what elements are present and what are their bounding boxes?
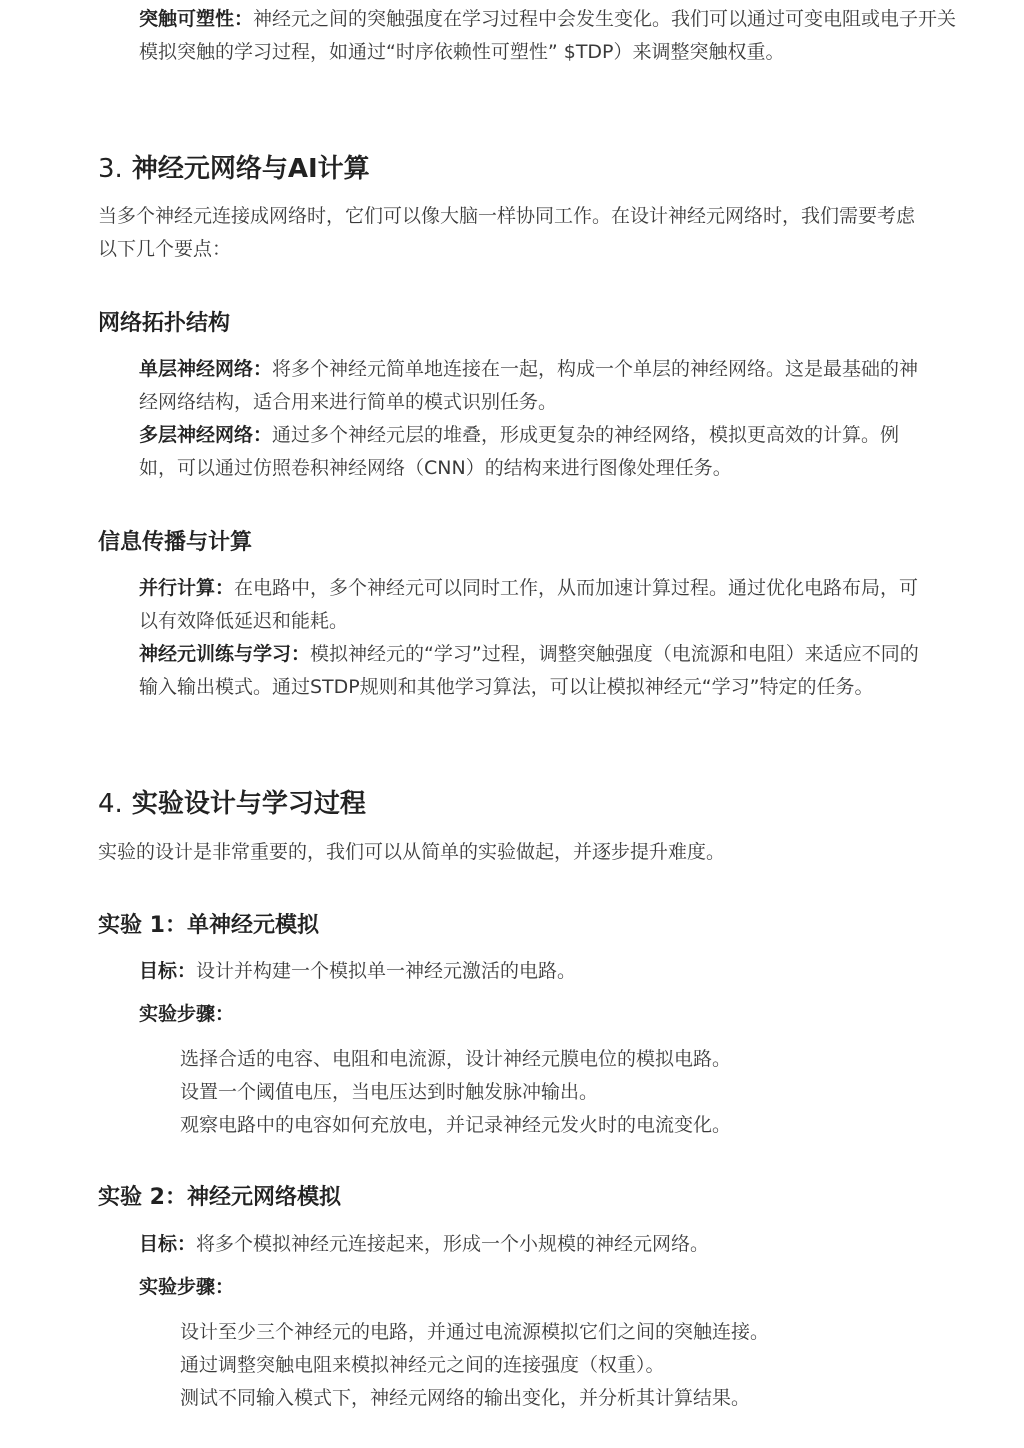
goal-text: 设计并构建一个模拟单一神经元激活的电路。 bbox=[196, 960, 576, 982]
item-label: 单层神经网络 bbox=[139, 358, 253, 380]
list-item-training-learning: 神经元训练与学习：模拟神经元的“学习”过程，调整突触强度（电流源和电阻）来适应不… bbox=[98, 638, 928, 704]
section-4-heading: 4. 实验设计与学习过程 bbox=[98, 786, 928, 822]
goal-separator: ： bbox=[177, 1233, 196, 1255]
list-item-single-layer: 单层神经网络：将多个神经元简单地连接在一起，构成一个单层的神经网络。这是最基础的… bbox=[98, 353, 928, 419]
list-item-parallel-computing: 并行计算：在电路中，多个神经元可以同时工作，从而加速计算过程。通过优化电路布局，… bbox=[98, 572, 928, 638]
section-number: 3. bbox=[98, 154, 123, 184]
step-item: 设置一个阈值电压，当电压达到时触发脉冲输出。 bbox=[98, 1076, 928, 1109]
steps-label: 实验步骤： bbox=[139, 1003, 234, 1025]
steps-label: 实验步骤： bbox=[139, 1276, 234, 1298]
subheading-info-propagation: 信息传播与计算 bbox=[98, 527, 928, 559]
item-separator: ： bbox=[234, 8, 253, 30]
section-title: 神经元网络与AI计算 bbox=[132, 154, 370, 184]
item-separator: ： bbox=[215, 577, 234, 599]
item-label: 突触可塑性 bbox=[139, 8, 234, 30]
section-3-intro: 当多个神经元连接成网络时，它们可以像大脑一样协同工作。在设计神经元网络时，我们需… bbox=[98, 200, 928, 266]
list-item-multi-layer: 多层神经网络：通过多个神经元层的堆叠，形成更复杂的神经网络，模拟更高效的计算。例… bbox=[98, 419, 928, 485]
item-separator: ： bbox=[253, 358, 272, 380]
experiment-1-goal: 目标：设计并构建一个模拟单一神经元激活的电路。 bbox=[98, 955, 969, 988]
subheading-network-topology: 网络拓扑结构 bbox=[98, 308, 928, 340]
section-4-intro: 实验的设计是非常重要的，我们可以从简单的实验做起，并逐步提升难度。 bbox=[98, 836, 928, 869]
section-number: 4. bbox=[98, 789, 123, 819]
experiment-2-steps-list: 设计至少三个神经元的电路，并通过电流源模拟它们之间的突触连接。 通过调整突触电阻… bbox=[98, 1316, 928, 1415]
topology-list: 单层神经网络：将多个神经元简单地连接在一起，构成一个单层的神经网络。这是最基础的… bbox=[98, 353, 928, 485]
section-3-heading: 3. 神经元网络与AI计算 bbox=[98, 151, 928, 187]
step-item: 观察电路中的电容如何充放电，并记录神经元发火时的电流变化。 bbox=[98, 1109, 928, 1142]
subheading-experiment-2: 实验 2：神经元网络模拟 bbox=[98, 1182, 928, 1214]
goal-separator: ： bbox=[177, 960, 196, 982]
goal-text: 将多个模拟神经元连接起来，形成一个小规模的神经元网络。 bbox=[196, 1233, 709, 1255]
section-title: 实验设计与学习过程 bbox=[132, 789, 366, 819]
item-text: 在电路中，多个神经元可以同时工作，从而加速计算过程。通过优化电路布局，可以有效降… bbox=[139, 577, 918, 632]
step-item: 设计至少三个神经元的电路，并通过电流源模拟它们之间的突触连接。 bbox=[98, 1316, 928, 1349]
item-label: 神经元训练与学习 bbox=[139, 643, 291, 665]
item-separator: ： bbox=[291, 643, 310, 665]
subheading-experiment-1: 实验 1：单神经元模拟 bbox=[98, 910, 928, 942]
step-item: 通过调整突触电阻来模拟神经元之间的连接强度（权重）。 bbox=[98, 1349, 928, 1382]
experiment-1-steps-list: 选择合适的电容、电阻和电流源，设计神经元膜电位的模拟电路。 设置一个阈值电压，当… bbox=[98, 1043, 928, 1142]
experiment-2-steps-label: 实验步骤： bbox=[98, 1271, 969, 1304]
step-item: 测试不同输入模式下，神经元网络的输出变化，并分析其计算结果。 bbox=[98, 1382, 928, 1415]
step-item: 选择合适的电容、电阻和电流源，设计神经元膜电位的模拟电路。 bbox=[98, 1043, 928, 1076]
experiment-2-goal: 目标：将多个模拟神经元连接起来，形成一个小规模的神经元网络。 bbox=[98, 1228, 969, 1261]
item-label: 多层神经网络 bbox=[139, 424, 253, 446]
item-separator: ： bbox=[253, 424, 272, 446]
propagation-list: 并行计算：在电路中，多个神经元可以同时工作，从而加速计算过程。通过优化电路布局，… bbox=[98, 572, 928, 704]
item-text: 神经元之间的突触强度在学习过程中会发生变化。我们可以通过可变电阻或电子开关模拟突… bbox=[139, 8, 956, 63]
goal-label: 目标 bbox=[139, 960, 177, 982]
list-item-synaptic-plasticity: 突触可塑性：神经元之间的突触强度在学习过程中会发生变化。我们可以通过可变电阻或电… bbox=[98, 3, 969, 69]
goal-label: 目标 bbox=[139, 1233, 177, 1255]
item-label: 并行计算 bbox=[139, 577, 215, 599]
experiment-1-steps-label: 实验步骤： bbox=[98, 998, 969, 1031]
